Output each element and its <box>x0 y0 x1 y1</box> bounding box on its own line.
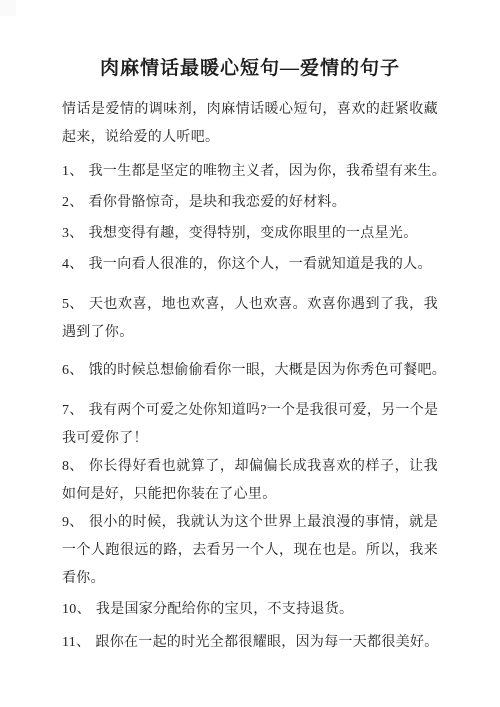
item-line: 8、你长得好看也就算了，却偏偏长成我喜欢的样子，让我 <box>62 453 438 481</box>
item-text: 我有两个可爱之处你知道吗?一个是我很可爱，另一个是 <box>89 403 439 418</box>
list-item: 2、看你骨骼惊奇，是块和我恋爱的好材料。 <box>62 189 438 217</box>
item-text: 我一向看人很准的，你这个人，一看就知道是我的人。 <box>89 257 432 272</box>
list-item: 10、我是国家分配给你的宝贝，不支持退货。 <box>62 596 438 624</box>
item-line: 9、很小的时候，我就认为这个世界上最浪漫的事情，就是 <box>62 509 438 537</box>
item-line: 我可爱你了！ <box>62 425 438 453</box>
intro-line: 起来，说给爱的人听吧。 <box>62 124 438 152</box>
item-number: 4、 <box>62 251 84 279</box>
item-line: 4、我一向看人很准的，你这个人，一看就知道是我的人。 <box>62 251 438 279</box>
item-line: 3、我想变得有趣，变得特别，变成你眼里的一点星光。 <box>62 220 438 248</box>
item-number: 11、 <box>62 629 90 657</box>
item-line: 看你。 <box>62 565 438 593</box>
list-item: 6、饿的时候总想偷偷看你一眼，大概是因为你秀色可餐吧。 <box>62 357 438 385</box>
item-text: 我想变得有趣，变得特别，变成你眼里的一点星光。 <box>89 226 418 241</box>
list-item: 8、你长得好看也就算了，却偏偏长成我喜欢的样子，让我 如何是好，只能把你装在了心… <box>62 453 438 509</box>
list-item: 11、跟你在一起的时光全都很耀眼，因为每一天都很美好。 <box>62 629 438 657</box>
item-text: 看你骨骼惊奇，是块和我恋爱的好材料。 <box>89 195 346 210</box>
item-number: 5、 <box>62 291 84 319</box>
scan-artifact <box>0 0 16 16</box>
list-item: 7、我有两个可爱之处你知道吗?一个是我很可爱，另一个是 我可爱你了！ <box>62 397 438 453</box>
item-text: 天也欢喜，地也欢喜，人也欢喜。欢喜你遇到了我，我 <box>89 297 438 312</box>
item-number: 3、 <box>62 220 84 248</box>
item-line: 1、我一生都是坚定的唯物主义者，因为你，我希望有来生。 <box>62 158 438 186</box>
page-title: 肉麻情话最暖心短句—爱情的句子 <box>62 56 438 82</box>
item-number: 10、 <box>62 596 91 624</box>
item-text: 很小的时候，我就认为这个世界上最浪漫的事情，就是 <box>89 515 438 530</box>
item-line: 一个人跑很远的路，去看另一个人，现在也是。所以，我来 <box>62 537 438 565</box>
item-line: 2、看你骨骼惊奇，是块和我恋爱的好材料。 <box>62 189 438 217</box>
item-line: 11、跟你在一起的时光全都很耀眼，因为每一天都很美好。 <box>62 629 438 657</box>
item-number: 9、 <box>62 509 84 537</box>
item-line: 6、饿的时候总想偷偷看你一眼，大概是因为你秀色可餐吧。 <box>62 357 438 385</box>
list-item: 5、天也欢喜，地也欢喜，人也欢喜。欢喜你遇到了我，我 遇到了你。 <box>62 291 438 347</box>
list-item: 9、很小的时候，我就认为这个世界上最浪漫的事情，就是 一个人跑很远的路，去看另一… <box>62 509 438 593</box>
item-number: 8、 <box>62 453 84 481</box>
list-item: 1、我一生都是坚定的唯物主义者，因为你，我希望有来生。 <box>62 158 438 186</box>
item-number: 1、 <box>62 158 84 186</box>
item-text: 我一生都是坚定的唯物主义者，因为你，我希望有来生。 <box>89 164 447 179</box>
item-line: 遇到了你。 <box>62 319 438 347</box>
item-line: 7、我有两个可爱之处你知道吗?一个是我很可爱，另一个是 <box>62 397 438 425</box>
item-number: 2、 <box>62 189 84 217</box>
item-text: 我是国家分配给你的宝贝，不支持退货。 <box>96 602 353 617</box>
item-line: 10、我是国家分配给你的宝贝，不支持退货。 <box>62 596 438 624</box>
item-line: 如何是好，只能把你装在了心里。 <box>62 481 438 509</box>
list-item: 3、我想变得有趣，变得特别，变成你眼里的一点星光。 <box>62 220 438 248</box>
list-item: 4、我一向看人很准的，你这个人，一看就知道是我的人。 <box>62 251 438 279</box>
item-text: 饿的时候总想偷偷看你一眼，大概是因为你秀色可餐吧。 <box>89 363 447 378</box>
sentence-list: 1、我一生都是坚定的唯物主义者，因为你，我希望有来生。 2、看你骨骼惊奇，是块和… <box>62 158 438 657</box>
intro-line: 情话是爱情的调味剂，肉麻情话暖心短句，喜欢的赶紧收藏 <box>62 96 438 124</box>
item-line: 5、天也欢喜，地也欢喜，人也欢喜。欢喜你遇到了我，我 <box>62 291 438 319</box>
item-text: 跟你在一起的时光全都很耀眼，因为每一天都很美好。 <box>95 635 438 650</box>
item-number: 6、 <box>62 357 84 385</box>
document-body: 情话是爱情的调味剂，肉麻情话暖心短句，喜欢的赶紧收藏 起来，说给爱的人听吧。 1… <box>62 96 438 657</box>
intro-paragraph: 情话是爱情的调味剂，肉麻情话暖心短句，喜欢的赶紧收藏 起来，说给爱的人听吧。 <box>62 96 438 152</box>
item-number: 7、 <box>62 397 84 425</box>
item-text: 你长得好看也就算了，却偏偏长成我喜欢的样子，让我 <box>89 459 438 474</box>
